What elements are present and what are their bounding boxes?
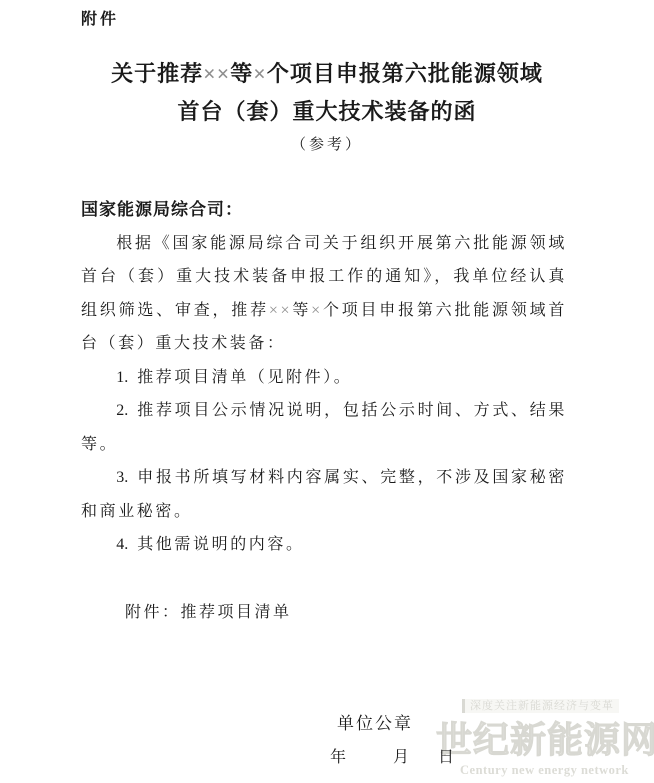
- paragraph-placeholder-x: ×: [311, 302, 323, 319]
- list-item-2-number: 2.: [116, 402, 128, 419]
- list-item-1: 1.推荐项目清单（见附件）。: [81, 361, 567, 395]
- list-item-3-number: 3.: [116, 469, 128, 486]
- salutation: 国家能源局综合司：: [81, 193, 567, 227]
- title-text-suffix: 个项目申报第六批能源领域: [267, 61, 543, 86]
- paragraph-text-mid: 等: [292, 302, 311, 319]
- list-item-3-text: 申报书所填写材料内容属实、完整，不涉及国家秘密和商业秘密。: [81, 469, 567, 520]
- list-item-4: 4.其他需说明的内容。: [81, 528, 567, 562]
- main-paragraph: 根据《国家能源局综合司关于组织开展第六批能源领域首台（套）重大技术装备申报工作的…: [81, 227, 567, 361]
- letter-body: 国家能源局综合司： 根据《国家能源局综合司关于组织开展第六批能源领域首台（套）重…: [81, 193, 567, 562]
- attachment-label: 附件: [81, 6, 119, 29]
- document-page: 深度关注新能源经济与变革 世纪新能源网 Century new energy n…: [0, 0, 654, 783]
- attachment-note: 附件：推荐项目清单: [81, 596, 292, 630]
- document-title-block: 关于推荐××等×个项目申报第六批能源领域 首台（套）重大技术装备的函 （参考）: [0, 55, 654, 156]
- seal-label: 单位公章: [337, 709, 413, 734]
- watermark-slogan: 深度关注新能源经济与变革: [462, 699, 619, 713]
- title-subtitle: （参考）: [0, 135, 654, 156]
- title-placeholder-xx: ××: [203, 61, 230, 86]
- list-item-3: 3.申报书所填写材料内容属实、完整，不涉及国家秘密和商业秘密。: [81, 461, 567, 528]
- date-day-label: 日: [438, 744, 454, 767]
- list-item-1-number: 1.: [116, 369, 128, 386]
- list-item-4-text: 其他需说明的内容。: [137, 536, 304, 553]
- date-month-label: 月: [393, 744, 409, 767]
- title-line-2: 首台（套）重大技术装备的函: [0, 93, 654, 131]
- list-item-4-number: 4.: [116, 536, 128, 553]
- list-item-2: 2.推荐项目公示情况说明，包括公示时间、方式、结果等。: [81, 394, 567, 461]
- date-line: 年 月 日: [330, 744, 454, 767]
- list-item-1-text: 推荐项目清单（见附件）。: [137, 369, 352, 386]
- list-item-2-text: 推荐项目公示情况说明，包括公示时间、方式、结果等。: [81, 402, 567, 453]
- title-text-mid: 等: [230, 61, 253, 86]
- title-text-prefix: 关于推荐: [111, 61, 203, 86]
- title-line-1: 关于推荐××等×个项目申报第六批能源领域: [0, 55, 654, 93]
- watermark-logo-text: 世纪新能源网: [436, 714, 654, 766]
- watermark-english-text: Century new energy network: [460, 763, 629, 778]
- date-year-label: 年: [330, 744, 346, 767]
- paragraph-placeholder-xx: ××: [269, 302, 292, 319]
- title-placeholder-x: ×: [253, 61, 267, 86]
